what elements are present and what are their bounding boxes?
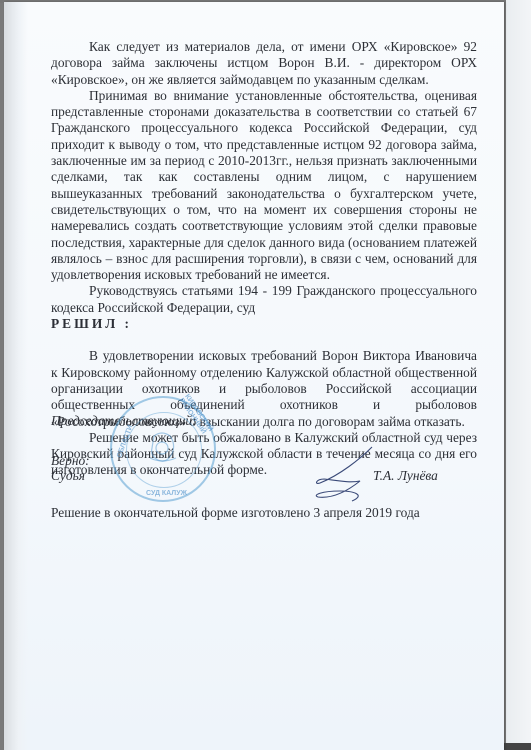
scan-right-margin (506, 0, 531, 750)
paragraph-legal-basis: Руководствуясь статьями 194 - 199 Гражда… (51, 283, 477, 316)
paragraph-loan-contracts: Как следует из материалов дела, от имени… (51, 39, 477, 88)
stamp-text-bottom: СУД КАЛУЖ (146, 490, 187, 497)
judge-name: Т.А. Лунёва (373, 468, 493, 484)
page-left-shadow (4, 2, 28, 750)
final-form-note: Решение в окончательной форме изготовлен… (51, 505, 477, 521)
paragraph-court-assessment: Принимая во внимание установленные обсто… (51, 88, 477, 284)
court-stamp-icon: КИРОВСКИЙ РАЙОННЫЙ СУД КАЛУЖ ОБЛАСТИ (110, 396, 216, 502)
decision-title: РЕШИЛ : (51, 316, 477, 332)
scan-bottom-corner (500, 743, 531, 750)
judge-signature-icon (310, 445, 390, 505)
